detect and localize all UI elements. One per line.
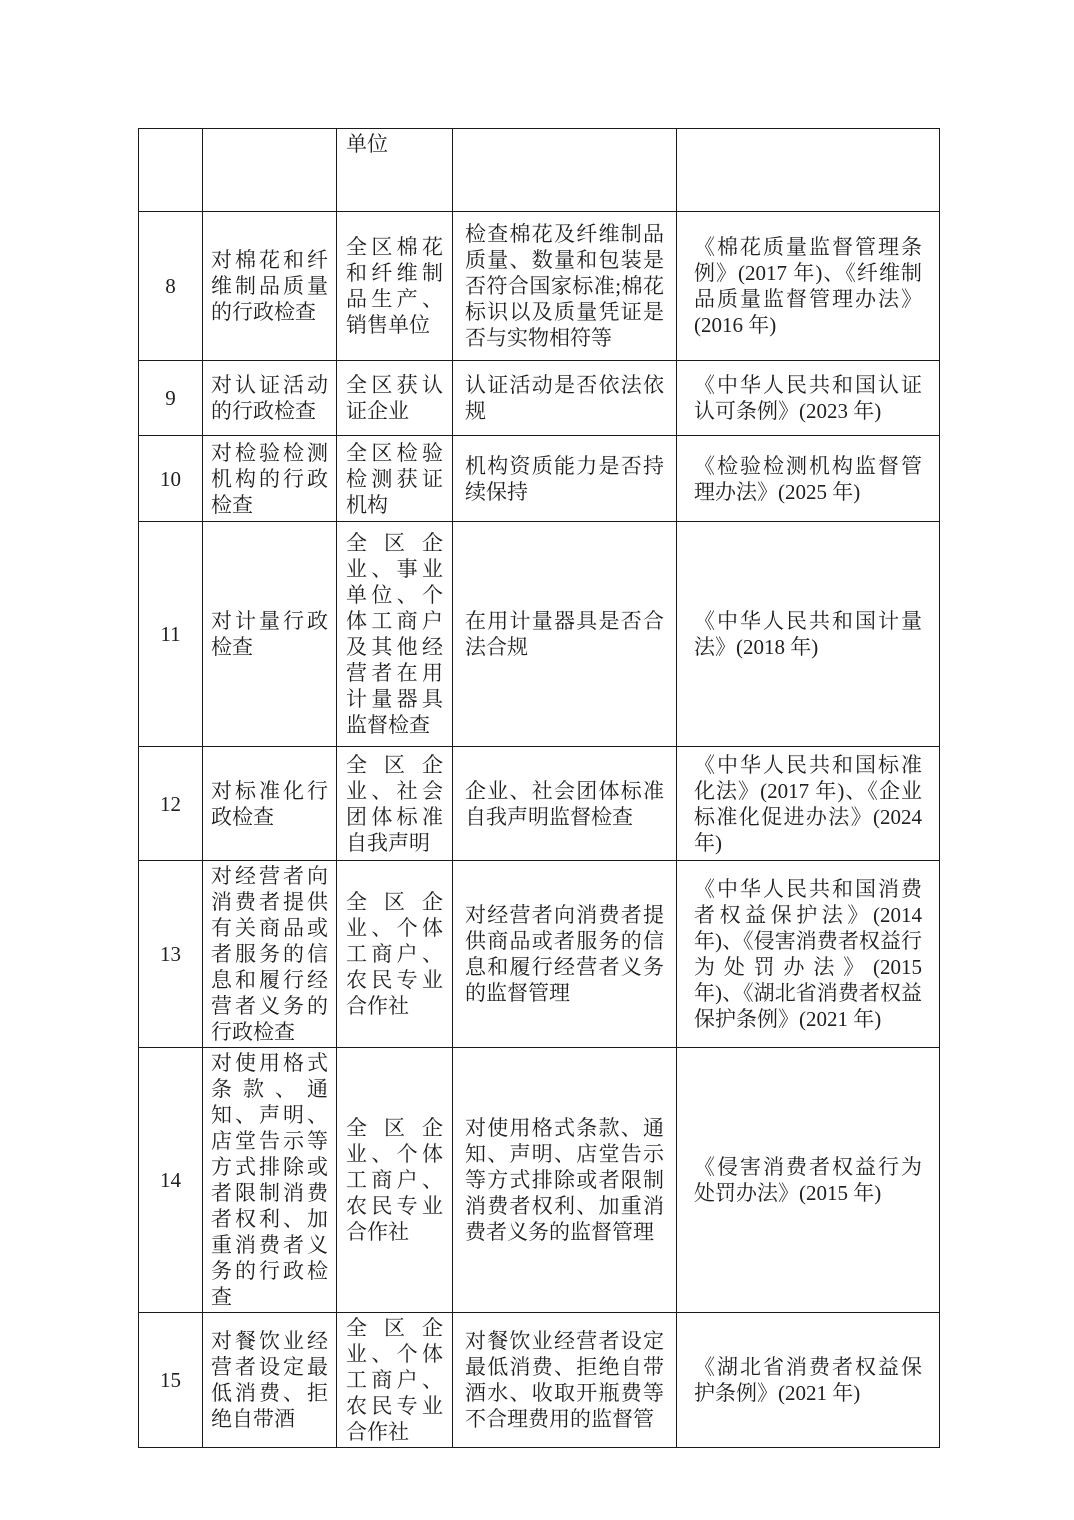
cell-item-name: 对餐饮业经营者设定最低消费、拒绝自带酒 [203, 1313, 337, 1448]
cell-seq: 11 [139, 522, 203, 747]
table-row-carryover: 单位 [139, 129, 940, 212]
cell-seq: 8 [139, 212, 203, 361]
table-row: 14 对使用格式条款、通知、声明、店堂告示等方式排除或者限制消费者权利、加重消费… [139, 1048, 940, 1313]
cell-item-name: 对经营者向消费者提供有关商品或者服务的信息和履行经营者义务的行政检查 [203, 861, 337, 1048]
table-row: 12 对标准化行政检查 全区企业、社会团体标准自我声明 企业、社会团体标准自我声… [139, 747, 940, 861]
cell-target-units: 全区企业、事业单位、个体工商户及其他经营者在用计量器具监督检查 [337, 522, 453, 747]
cell-inspection-content: 企业、社会团体标准自我声明监督检查 [453, 747, 677, 861]
cell-seq: 10 [139, 436, 203, 522]
table-row-clipped: 15 对餐饮业经营者设定最低消费、拒绝自带酒 全区企业、个体工商户、农民专业合作… [139, 1313, 940, 1448]
cell-legal-basis: 《侵害消费者权益行为处罚办法》(2015 年) [677, 1048, 940, 1313]
cell-legal-basis: 《中华人民共和国标准化法》(2017 年)、《企业标准化促进办法》(2024 年… [677, 747, 940, 861]
document-page: 单位 8 对棉花和纤维制品质量的行政检查 全区棉花和纤维制品生产、销售单位 检查… [0, 0, 1074, 1520]
cell-legal-basis: 《中华人民共和国计量法》(2018 年) [677, 522, 940, 747]
cell-item-name [203, 129, 337, 212]
cell-inspection-content: 对餐饮业经营者设定最低消费、拒绝自带酒水、收取开瓶费等不合理费用的监督管 [453, 1313, 677, 1448]
cell-target-units: 单位 [337, 129, 453, 212]
cell-target-units: 全区企业、个体工商户、农民专业合作社 [337, 1048, 453, 1313]
cell-seq: 14 [139, 1048, 203, 1313]
cell-target-units: 全区棉花和纤维制品生产、销售单位 [337, 212, 453, 361]
table-row: 9 对认证活动的行政检查 全区获认证企业 认证活动是否依法依规 《中华人民共和国… [139, 361, 940, 436]
cell-item-name: 对使用格式条款、通知、声明、店堂告示等方式排除或者限制消费者权利、加重消费者义务… [203, 1048, 337, 1313]
cell-inspection-content: 检查棉花及纤维制品质量、数量和包装是否符合国家标准;棉花标识以及质量凭证是否与实… [453, 212, 677, 361]
cell-seq [139, 129, 203, 212]
cell-legal-basis: 《中华人民共和国认证认可条例》(2023 年) [677, 361, 940, 436]
cell-legal-basis: 《中华人民共和国消费者权益保护法》(2014 年)、《侵害消费者权益行为处罚办法… [677, 861, 940, 1048]
table-row: 10 对检验检测机构的行政检查 全区检验检测获证机构 机构资质能力是否持续保持 … [139, 436, 940, 522]
cell-inspection-content: 认证活动是否依法依规 [453, 361, 677, 436]
table-row: 13 对经营者向消费者提供有关商品或者服务的信息和履行经营者义务的行政检查 全区… [139, 861, 940, 1048]
cell-target-units: 全区企业、个体工商户、农民专业合作社 [337, 861, 453, 1048]
cell-target-units: 全区企业、个体工商户、农民专业合作社 [337, 1313, 453, 1448]
cell-item-name: 对认证活动的行政检查 [203, 361, 337, 436]
cell-seq: 13 [139, 861, 203, 1048]
cell-item-name: 对计量行政检查 [203, 522, 337, 747]
table-row: 8 对棉花和纤维制品质量的行政检查 全区棉花和纤维制品生产、销售单位 检查棉花及… [139, 212, 940, 361]
inspection-table: 单位 8 对棉花和纤维制品质量的行政检查 全区棉花和纤维制品生产、销售单位 检查… [138, 128, 940, 1448]
cell-seq: 9 [139, 361, 203, 436]
cell-inspection-content [453, 129, 677, 212]
cell-legal-basis: 《检验检测机构监督管理办法》(2025 年) [677, 436, 940, 522]
cell-seq: 12 [139, 747, 203, 861]
cell-legal-basis: 《湖北省消费者权益保护条例》(2021 年) [677, 1313, 940, 1448]
cell-target-units: 全区检验检测获证机构 [337, 436, 453, 522]
cell-target-units: 全区获认证企业 [337, 361, 453, 436]
cell-inspection-content: 对经营者向消费者提供商品或者服务的信息和履行经营者义务的监督管理 [453, 861, 677, 1048]
cell-item-name: 对标准化行政检查 [203, 747, 337, 861]
cell-inspection-content: 在用计量器具是否合法合规 [453, 522, 677, 747]
cell-item-name: 对棉花和纤维制品质量的行政检查 [203, 212, 337, 361]
cell-item-name: 对检验检测机构的行政检查 [203, 436, 337, 522]
table-row: 11 对计量行政检查 全区企业、事业单位、个体工商户及其他经营者在用计量器具监督… [139, 522, 940, 747]
cell-seq: 15 [139, 1313, 203, 1448]
cell-legal-basis [677, 129, 940, 212]
cell-legal-basis: 《棉花质量监督管理条例》(2017 年)、《纤维制品质量监督管理办法》(2016… [677, 212, 940, 361]
cell-inspection-content: 对使用格式条款、通知、声明、店堂告示等方式排除或者限制消费者权利、加重消费者义务… [453, 1048, 677, 1313]
cell-inspection-content: 机构资质能力是否持续保持 [453, 436, 677, 522]
cell-target-units: 全区企业、社会团体标准自我声明 [337, 747, 453, 861]
